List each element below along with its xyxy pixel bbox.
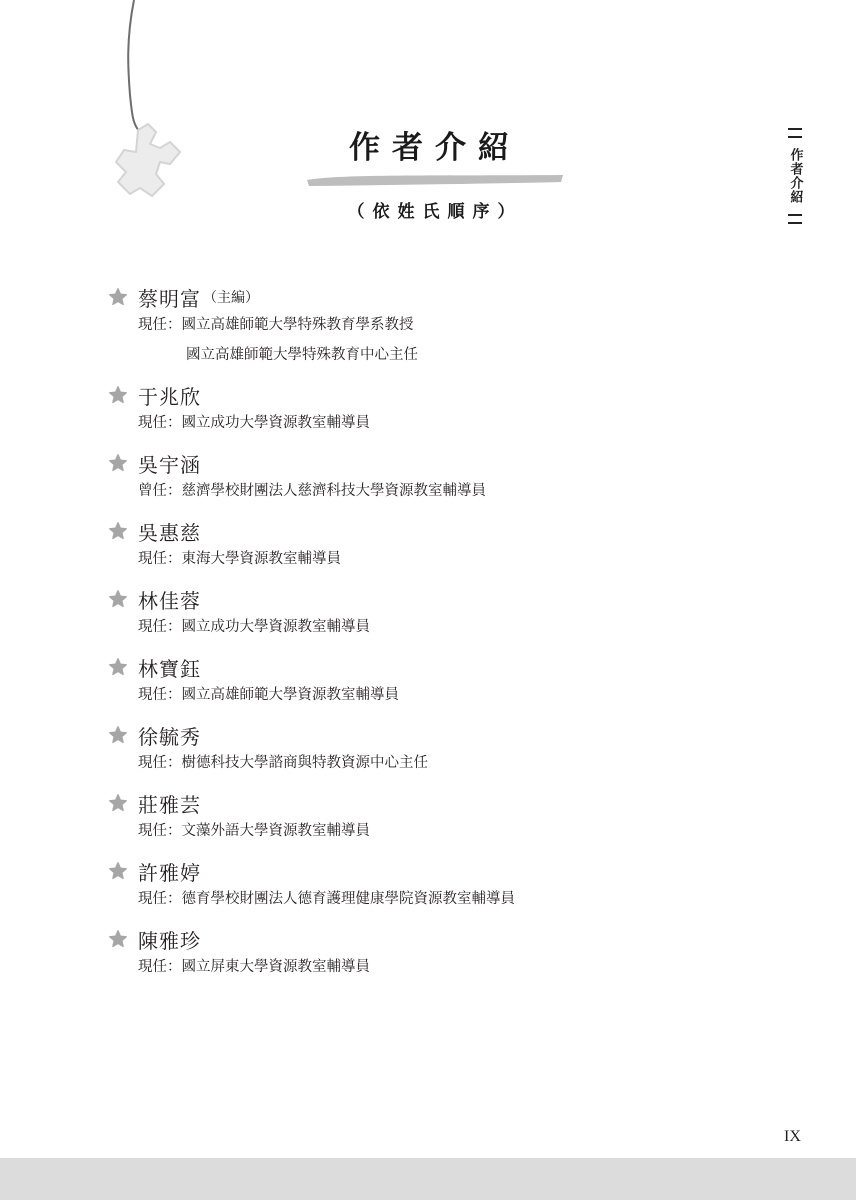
author-position: 曾任：慈濟學校財團法人慈濟科技大學資源教室輔導員 (108, 476, 708, 506)
author-position: 現任：德育學校財團法人德育護理健康學院資源教室輔導員 (108, 884, 708, 914)
star-bullet-icon (108, 385, 128, 405)
author-entry: 莊雅芸現任：文藻外語大學資源教室輔導員 (108, 790, 708, 846)
author-name-row: 林寶鈺 (108, 654, 708, 680)
author-name-row: 陳雅珍 (108, 926, 708, 952)
author-entry: 林佳蓉現任：國立成功大學資源教室輔導員 (108, 586, 708, 642)
tab-divider (788, 214, 802, 224)
author-entry: 許雅婷現任：德育學校財團法人德育護理健康學院資源教室輔導員 (108, 858, 708, 914)
page-number: IX (784, 1128, 801, 1146)
author-position: 現任：東海大學資源教室輔導員 (108, 544, 708, 574)
star-bullet-icon (108, 589, 128, 609)
author-position: 現任：國立屏東大學資源教室輔導員 (108, 952, 708, 982)
author-position: 現任：國立成功大學資源教室輔導員 (108, 408, 708, 438)
tab-divider (788, 128, 802, 138)
star-bullet-icon (108, 861, 128, 881)
author-position: 現任：國立高雄師範大學特殊教育學系教授 (108, 310, 708, 340)
author-name-row: 徐毓秀 (108, 722, 708, 748)
author-name: 莊雅芸 (138, 789, 201, 818)
author-name-row: 許雅婷 (108, 858, 708, 884)
star-bullet-icon (108, 287, 128, 307)
author-name: 林寶鈺 (138, 653, 201, 682)
page-subtitle: （依姓氏順序） (330, 197, 540, 222)
author-role: （主編） (203, 287, 259, 307)
star-bullet-icon (108, 453, 128, 473)
author-name: 陳雅珍 (138, 925, 201, 954)
author-position: 現任：樹德科技大學諮商與特教資源中心主任 (108, 748, 708, 778)
page-title: 作者介紹 (310, 122, 560, 167)
author-name: 許雅婷 (138, 857, 201, 886)
side-chapter-tab: 作者介紹 (783, 124, 807, 228)
author-name: 吳惠慈 (138, 517, 201, 546)
author-name: 吳宇涵 (138, 449, 201, 478)
author-name-row: 蔡明富（主編） (108, 284, 708, 310)
author-entry: 林寶鈺現任：國立高雄師範大學資源教室輔導員 (108, 654, 708, 710)
author-list: 蔡明富（主編）現任：國立高雄師範大學特殊教育學系教授國立高雄師範大學特殊教育中心… (108, 284, 708, 982)
author-position: 現任：國立高雄師範大學資源教室輔導員 (108, 680, 708, 710)
star-bullet-icon (108, 725, 128, 745)
author-name-row: 吳惠慈 (108, 518, 708, 544)
author-entry: 吳宇涵曾任：慈濟學校財團法人慈濟科技大學資源教室輔導員 (108, 450, 708, 506)
star-bullet-icon (108, 793, 128, 813)
author-entry: 蔡明富（主編）現任：國立高雄師範大學特殊教育學系教授國立高雄師範大學特殊教育中心… (108, 284, 708, 370)
brush-stroke-underline (305, 170, 565, 188)
author-position: 現任：國立成功大學資源教室輔導員 (108, 612, 708, 642)
star-bullet-icon (108, 521, 128, 541)
author-name-row: 吳宇涵 (108, 450, 708, 476)
side-tab-label: 作者介紹 (789, 148, 802, 204)
author-position: 現任：文藻外語大學資源教室輔導員 (108, 816, 708, 846)
author-entry: 于兆欣現任：國立成功大學資源教室輔導員 (108, 382, 708, 438)
author-name-row: 于兆欣 (108, 382, 708, 408)
author-entry: 吳惠慈現任：東海大學資源教室輔導員 (108, 518, 708, 574)
author-name: 林佳蓉 (138, 585, 201, 614)
star-bullet-icon (108, 929, 128, 949)
author-name: 蔡明富 (138, 283, 201, 312)
author-name: 徐毓秀 (138, 721, 201, 750)
author-name-row: 莊雅芸 (108, 790, 708, 816)
author-entry: 徐毓秀現任：樹德科技大學諮商與特教資源中心主任 (108, 722, 708, 778)
footer-bar (0, 1158, 856, 1200)
author-entry: 陳雅珍現任：國立屏東大學資源教室輔導員 (108, 926, 708, 982)
author-position: 國立高雄師範大學特殊教育中心主任 (108, 340, 708, 370)
author-name: 于兆欣 (138, 381, 201, 410)
puzzle-piece-icon (108, 122, 188, 202)
author-name-row: 林佳蓉 (108, 586, 708, 612)
star-bullet-icon (108, 657, 128, 677)
